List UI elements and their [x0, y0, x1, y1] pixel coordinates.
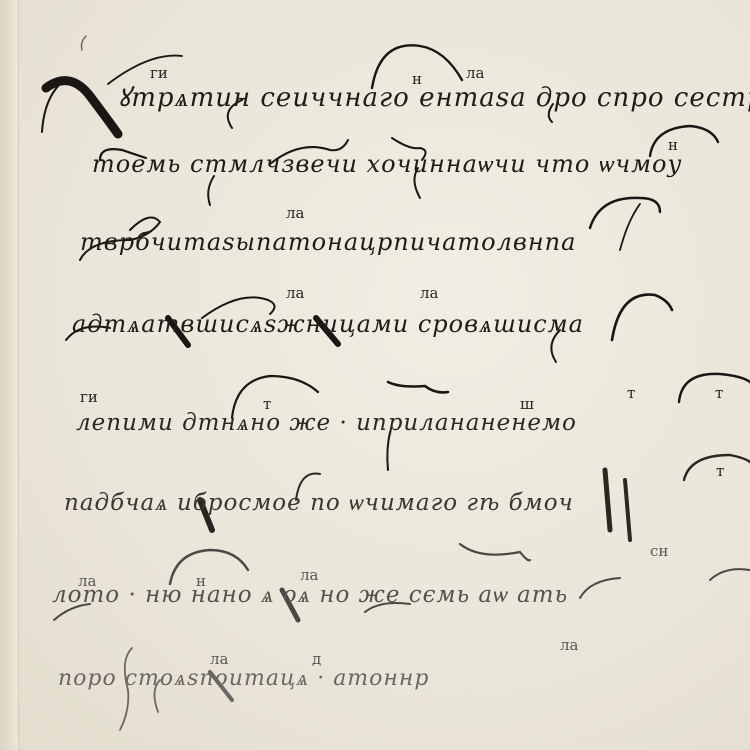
- superscript-letter: т: [715, 384, 723, 402]
- manuscript-line-4: адтѧатвшисѧѕжницами сровѧшисма: [72, 310, 584, 339]
- superscript-letter: ла: [210, 650, 228, 668]
- superscript-letter: н: [668, 136, 678, 154]
- superscript-letter: ла: [560, 636, 578, 654]
- superscript-letter: т: [263, 395, 271, 413]
- superscript-letter: ла: [286, 204, 304, 222]
- manuscript-line-2: тоемь стмлчзвечи хочиннаѡчи что ѡчмоу: [92, 150, 682, 179]
- superscript-letter: т: [716, 462, 724, 480]
- superscript-letter: сн: [650, 542, 668, 560]
- manuscript-page: ꙋтрѧтин сеиччнаго ентаѕа дро спро сестрч…: [0, 0, 750, 750]
- superscript-letter: ла: [78, 572, 96, 590]
- manuscript-line-8: поро стоѧѕпоитацѧ · атоннр: [58, 665, 429, 691]
- manuscript-line-6: падбчаѧ ибросмое по ѡчимаго гѣ бмоч: [64, 490, 574, 516]
- manuscript-line-1: ꙋтрѧтин сеиччнаго ентаѕа дро спро сестрч: [118, 78, 750, 114]
- superscript-letter: ла: [466, 64, 484, 82]
- superscript-letter: ги: [80, 388, 98, 406]
- superscript-letter: ш: [520, 395, 534, 413]
- manuscript-line-7: лото · ню нано ѧ оѧ но же сємь аѡ ать: [52, 582, 568, 608]
- superscript-letter: н: [412, 70, 422, 88]
- superscript-letter: т: [627, 384, 635, 402]
- manuscript-line-5: лепими дтнѧно же · иприлананенемо: [76, 410, 577, 436]
- superscript-letter: ла: [286, 284, 304, 302]
- superscript-letter: ла: [300, 566, 318, 584]
- superscript-letter: ла: [420, 284, 438, 302]
- manuscript-line-3: тврбчитаѕыпатонацрпичатолвнпа: [80, 228, 576, 256]
- superscript-letter: д: [312, 650, 321, 668]
- superscript-letter: н: [196, 572, 206, 590]
- superscript-letter: ги: [150, 64, 168, 82]
